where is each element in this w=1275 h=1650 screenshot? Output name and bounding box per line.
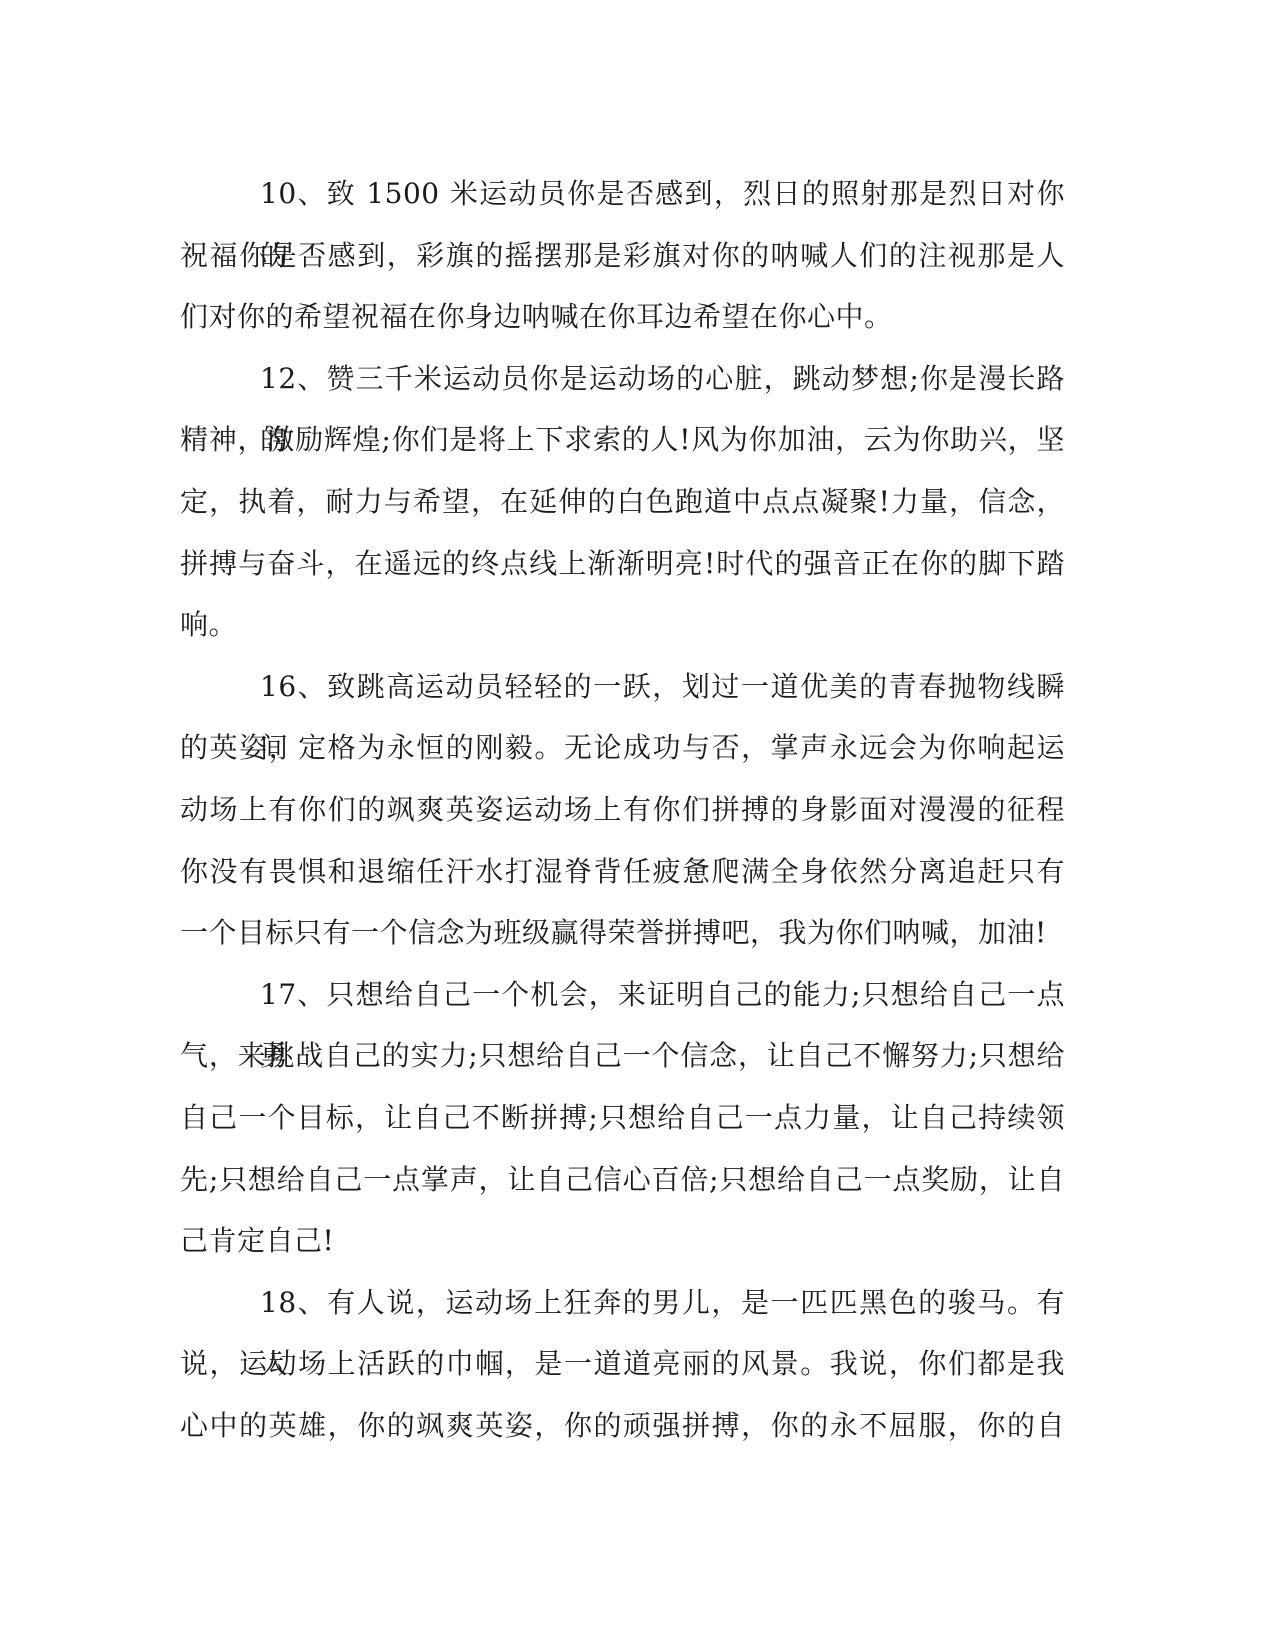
text-line: 18、有人说，运动场上狂奔的男儿，是一匹匹黑色的骏马。有人 [180, 1272, 1065, 1334]
text-line: 说，运动场上活跃的巾帼，是一道道亮丽的风景。我说，你们都是我 [180, 1333, 1065, 1395]
text-line: 定，执着，耐力与希望，在延伸的白色跑道中点点凝聚!力量，信念， [180, 471, 1065, 533]
text-line: 17、只想给自己一个机会，来证明自己的能力;只想给自己一点勇 [180, 964, 1065, 1026]
text-line: 10、致 1500 米运动员你是否感到，烈日的照射那是烈日对你的 [180, 163, 1065, 225]
document-body: 10、致 1500 米运动员你是否感到，烈日的照射那是烈日对你的 祝福你是否感到… [180, 163, 1065, 1456]
text-line: 气，来挑战自己的实力;只想给自己一个信念，让自己不懈努力;只想给 [180, 1025, 1065, 1087]
paragraph-17: 17、只想给自己一个机会，来证明自己的能力;只想给自己一点勇 气，来挑战自己的实… [180, 964, 1065, 1272]
text-line: 的英姿，定格为永恒的刚毅。无论成功与否，掌声永远会为你响起运 [180, 717, 1065, 779]
paragraph-10: 10、致 1500 米运动员你是否感到，烈日的照射那是烈日对你的 祝福你是否感到… [180, 163, 1065, 348]
text-line: 己肯定自己! [180, 1210, 1065, 1272]
text-line: 动场上有你们的飒爽英姿运动场上有你们拼搏的身影面对漫漫的征程 [180, 779, 1065, 841]
text-line: 你没有畏惧和退缩任汗水打湿脊背任疲惫爬满全身依然分离追赶只有 [180, 841, 1065, 903]
text-line: 一个目标只有一个信念为班级赢得荣誉拼搏吧，我为你们呐喊，加油! [180, 902, 1065, 964]
text-line: 先;只想给自己一点掌声，让自己信心百倍;只想给自己一点奖励，让自 [180, 1149, 1065, 1211]
text-line: 16、致跳高运动员轻轻的一跃，划过一道优美的青春抛物线瞬间 [180, 656, 1065, 718]
text-line: 心中的英雄，你的飒爽英姿，你的顽强拼搏，你的永不屈服，你的自 [180, 1395, 1065, 1457]
document-page: 10、致 1500 米运动员你是否感到，烈日的照射那是烈日对你的 祝福你是否感到… [0, 0, 1275, 1650]
text-line: 拼搏与奋斗，在遥远的终点线上渐渐明亮!时代的强音正在你的脚下踏 [180, 533, 1065, 595]
paragraph-12: 12、赞三千米运动员你是运动场的心脏，跳动梦想;你是漫长路的 精神，激励辉煌;你… [180, 348, 1065, 656]
text-line: 精神，激励辉煌;你们是将上下求索的人!风为你加油，云为你助兴，坚 [180, 409, 1065, 471]
text-line: 祝福你是否感到，彩旗的摇摆那是彩旗对你的呐喊人们的注视那是人 [180, 225, 1065, 287]
paragraph-18: 18、有人说，运动场上狂奔的男儿，是一匹匹黑色的骏马。有人 说，运动场上活跃的巾… [180, 1272, 1065, 1457]
text-line: 响。 [180, 594, 1065, 656]
text-line: 自己一个目标，让自己不断拼搏;只想给自己一点力量，让自己持续领 [180, 1087, 1065, 1149]
text-line: 12、赞三千米运动员你是运动场的心脏，跳动梦想;你是漫长路的 [180, 348, 1065, 410]
text-line: 们对你的希望祝福在你身边呐喊在你耳边希望在你心中。 [180, 286, 1065, 348]
paragraph-16: 16、致跳高运动员轻轻的一跃，划过一道优美的青春抛物线瞬间 的英姿，定格为永恒的… [180, 656, 1065, 964]
